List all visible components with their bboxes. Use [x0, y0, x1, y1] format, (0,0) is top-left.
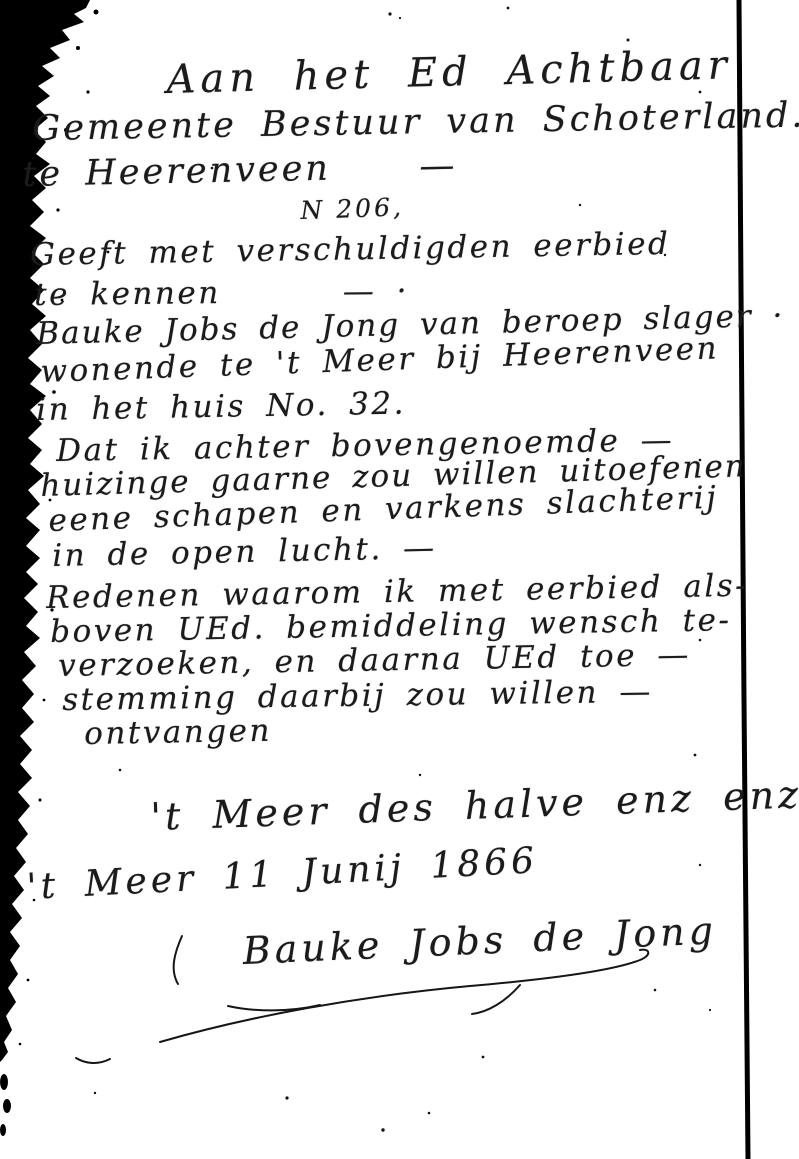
letter-address-line-1: Aan het Ed Achtbaar [166, 45, 732, 100]
letter-address-line-3: te Heerenveen — [22, 149, 458, 193]
letter-signature: Bauke Jobs de Jong [242, 911, 718, 970]
letter-number: N 206, [300, 194, 404, 223]
letter-body-line: te kennen — · [34, 276, 409, 311]
letter-body-line: in het huis No. 32. [36, 389, 406, 426]
letter-body-line: Geeft met verschuldigden eerbied [30, 229, 671, 271]
scanned-letter-page: Aan het Ed Achtbaar Gemeente Bestuur van… [0, 0, 799, 1159]
letter-closing: 't Meer des halve enz enz- [150, 775, 799, 836]
letter-body-line: in de open lucht. — [52, 533, 437, 572]
letter-address-line-2: Gemeente Bestuur van Schoterland. [32, 99, 799, 147]
letter-body-line: stemming daarbij zou willen — [62, 677, 653, 716]
letter-dateline: 't Meer 11 Junij 1866 [26, 843, 539, 906]
letter-body-line: ontvangen [84, 716, 272, 750]
